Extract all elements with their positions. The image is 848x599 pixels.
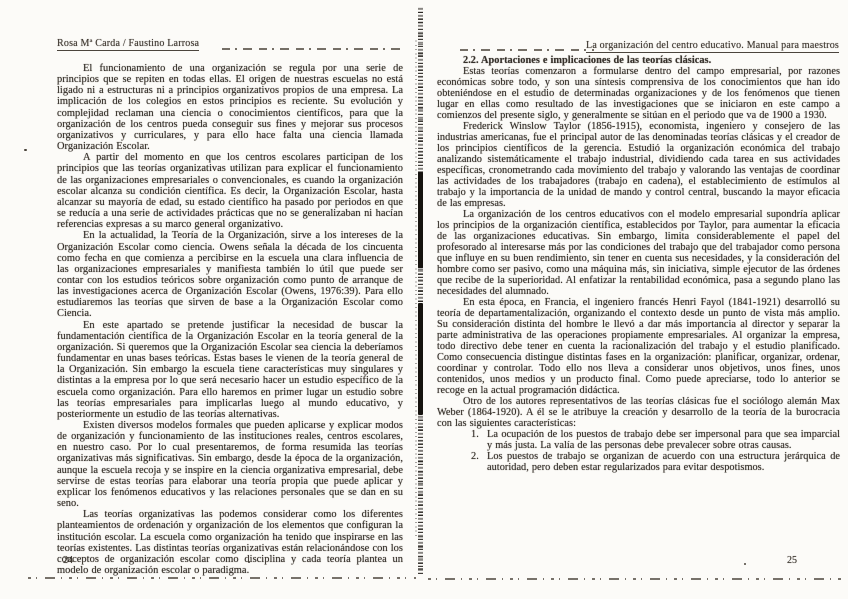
left-header-dash-rule bbox=[222, 48, 403, 50]
numbered-list: 1. La ocupación de los puestos de trabaj… bbox=[437, 429, 840, 473]
body-paragraph: Existen diversos modelos formales que pu… bbox=[57, 420, 403, 509]
scan-speck bbox=[24, 149, 27, 151]
gutter-speckle-column bbox=[418, 7, 423, 574]
body-paragraph: Otro de los autores representativos de l… bbox=[437, 396, 840, 429]
right-page-number: 25 bbox=[787, 555, 797, 566]
scanned-book-spread: { "colors": { "paper": "#fcfbf8", "ink":… bbox=[0, 0, 848, 599]
right-page-header: La organización del centro educativo. Ma… bbox=[586, 40, 839, 51]
body-paragraph: Frederick Winslow Taylor (1856-1915), ec… bbox=[437, 121, 840, 209]
body-paragraph: En este apartado se pretende justificar … bbox=[57, 320, 403, 420]
gutter-black-bar bbox=[418, 303, 423, 415]
section-heading: 2.2. Aportaciones e implicaciones de las… bbox=[437, 55, 840, 66]
list-item: 2. Los puestos de trabajo se organizan d… bbox=[471, 451, 840, 473]
body-paragraph: El funcionamiento de una organización se… bbox=[57, 63, 403, 152]
list-item-number: 2. bbox=[471, 451, 487, 473]
right-bottom-scan-noise bbox=[428, 578, 845, 580]
list-item-text: Los puestos de trabajo se organizan de a… bbox=[487, 451, 840, 473]
left-bottom-scan-noise bbox=[28, 577, 416, 579]
body-paragraph: Las teorías organizativas las podemos co… bbox=[57, 509, 403, 576]
left-page-number: 24 bbox=[63, 555, 73, 566]
body-paragraph: En esta época, en Francia, el ingeniero … bbox=[437, 297, 840, 396]
right-header-dash-rule bbox=[460, 49, 594, 51]
left-page: El funcionamiento de una organización se… bbox=[57, 63, 403, 576]
left-header-authors: Rosa Mª Carda / Faustino Larrosa bbox=[57, 38, 199, 51]
gutter-scan-noise bbox=[415, 7, 426, 574]
right-header-title: La organización del centro educativo. Ma… bbox=[586, 40, 839, 53]
gutter-speckle-thin bbox=[415, 37, 417, 536]
list-item-text: La ocupación de los puestos de trabajo d… bbox=[487, 429, 840, 451]
scan-speck bbox=[248, 561, 250, 563]
list-item: 1. La ocupación de los puestos de trabaj… bbox=[471, 429, 840, 451]
body-paragraph: La organización de los centros educativo… bbox=[437, 209, 840, 297]
right-page: 2.2. Aportaciones e implicaciones de las… bbox=[437, 55, 840, 473]
body-paragraph: En la actualidad, la Teoría de la Organi… bbox=[57, 230, 403, 319]
body-paragraph: Estas teorías comenzaron a formularse de… bbox=[437, 66, 840, 121]
gutter-black-bar bbox=[418, 172, 423, 268]
body-paragraph: A partir del momento en que los centros … bbox=[57, 152, 403, 230]
left-page-header: Rosa Mª Carda / Faustino Larrosa bbox=[57, 38, 199, 49]
list-item-number: 1. bbox=[471, 429, 487, 451]
scan-speck bbox=[744, 563, 746, 565]
